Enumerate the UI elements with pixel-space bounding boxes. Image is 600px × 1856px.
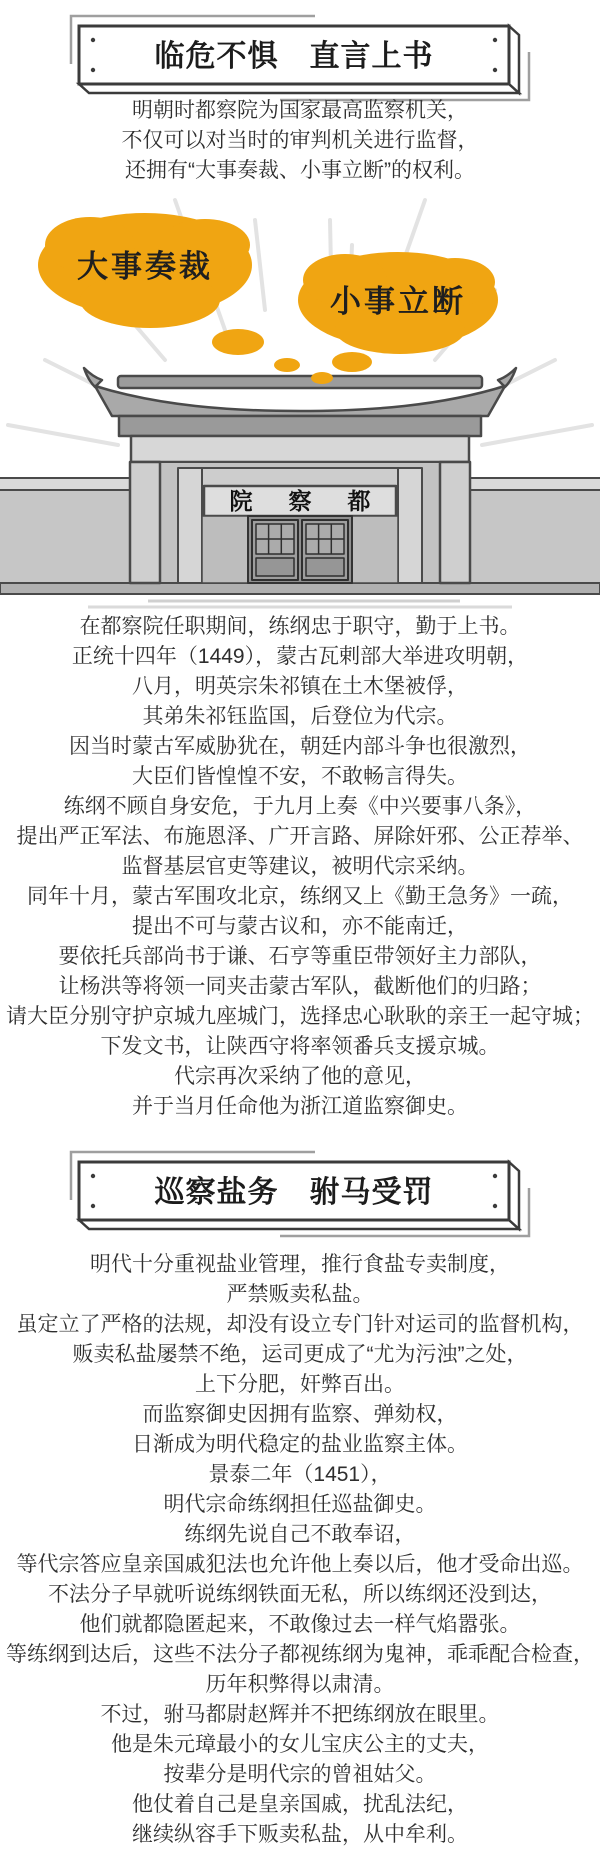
text-line: 练纲不顾自身安危，于九月上奏《中兴要事八条》， [0,792,600,822]
corner-dot [91,38,95,42]
text-line: 继续纵容手下贩卖私盐，从中牟利。 [0,1820,600,1850]
banner-title: 巡察盐务 驸马受罚 [155,1175,434,1209]
bubble-tail-dot [274,358,300,372]
bubble-text-right: 小事立断 [330,284,466,320]
story-paragraph-1: 在都察院任职期间，练纲忠于职守，勤于上书。正统十四年（1449），蒙古瓦剌部大举… [0,612,600,1122]
section-banner-2: 巡察盐务 驸马受罚 [65,1148,535,1240]
banner-frame: 临危不惧 直言上书 [65,12,535,104]
text-line: 贩卖私盐屡禁不绝，运司更成了“尤为污浊”之处， [0,1340,600,1370]
text-line: 明代十分重视盐业管理，推行食盐专卖制度， [0,1250,600,1280]
text-line: 提出不可与蒙古议和，亦不能南迁， [0,912,600,942]
corner-dot [493,1174,497,1178]
text-line: 景泰二年（1451）， [0,1460,600,1490]
corner-dot [493,1204,497,1208]
censorate-illustration: 院 察 都 [0,190,600,610]
corner-dot [91,1174,95,1178]
censorate-building: 院 察 都 [0,368,600,583]
text-line: 还拥有“大事奏裁、小事立断”的权利。 [0,156,600,186]
text-line: 请大臣分别守护京城九座城门，选择忠心耿耿的亲王一起守城； [0,1002,600,1032]
ground [0,583,600,607]
plaque-text: 院 察 都 [229,488,384,515]
text-line: 历年积弊得以肃清。 [0,1670,600,1700]
text-line: 下发文书，让陕西守将率领番兵支援京城。 [0,1032,600,1062]
text-line: 让杨洪等将领一同夹击蒙古军队，截断他们的归路； [0,972,600,1002]
text-line: 并于当月任命他为浙江道监察御史。 [0,1092,600,1122]
text-line: 不法分子早就听说练纲铁面无私，所以练纲还没到达， [0,1580,600,1610]
corner-dot [91,68,95,72]
gate-body: 院 察 都 [130,462,470,583]
text-line: 不过，驸马都尉赵辉并不把练纲放在眼里。 [0,1700,600,1730]
bubble-text-left: 大事奏裁 [77,249,213,285]
door-leaf-left [252,520,298,580]
text-line: 等练纲到达后，这些不法分子都视练纲为鬼神，乖乖配合检查， [0,1640,600,1670]
text-line: 上下分肥，奸弊百出。 [0,1370,600,1400]
text-line: 严禁贩卖私盐。 [0,1280,600,1310]
text-line: 大臣们皆惶惶不安，不敢畅言得失。 [0,762,600,792]
text-line: 按辈分是明代宗的曾祖姑父。 [0,1760,600,1790]
text-line: 提出严正军法、布施恩泽、广开言路、屏除奸邪、公正荐举、 [0,822,600,852]
roof-ridge [118,376,482,388]
roof [84,368,516,462]
text-line: 日渐成为明代稳定的盐业监察主体。 [0,1430,600,1460]
text-line: 八月，明英宗朱祁镇在土木堡被俘， [0,672,600,702]
inner-post-left [178,468,202,583]
text-line: 他是朱元璋最小的女儿宝庆公主的丈夫， [0,1730,600,1760]
text-line: 因当时蒙古军威胁犹在，朝廷内部斗争也很激烈， [0,732,600,762]
text-line: 明朝时都察院为国家最高监察机关， [0,96,600,126]
banner-title: 临危不惧 直言上书 [155,39,434,73]
text-line: 不仅可以对当时的审判机关进行监督， [0,126,600,156]
speech-bubble-right: 小事立断 [298,252,498,384]
text-line: 代宗再次采纳了他的意见， [0,1062,600,1092]
door-leaf-right [302,520,348,580]
text-line: 而监察御史因拥有监察、弹劾权， [0,1400,600,1430]
corner-dot [493,38,497,42]
section-banner-1: 临危不惧 直言上书 [65,12,535,104]
outer-column-right [440,462,470,583]
text-line: 他们就都隐匿起来，不敢像过去一样气焰嚣张。 [0,1610,600,1640]
text-line: 要依托兵部尚书于谦、石亨等重臣带领好主力部队， [0,942,600,972]
text-line: 监督基层官吏等建议，被明代宗采纳。 [0,852,600,882]
speech-bubble-left: 大事奏裁 [38,213,300,372]
text-line: 在都察院任职期间，练纲忠于职守，勤于上书。 [0,612,600,642]
text-line: 虽定立了严格的法规，却没有设立专门针对运司的监督机构， [0,1310,600,1340]
corner-dot [493,68,497,72]
text-line: 练纲先说自己不敢奉诏， [0,1520,600,1550]
page-root: { "colors": { "bubble_yellow": "#F0A512"… [0,0,600,1856]
inner-post-right [398,468,422,583]
text-line: 同年十月，蒙古军围攻北京，练纲又上《勤王急务》一疏， [0,882,600,912]
lintel-beam [131,436,469,462]
intro-paragraph: 明朝时都察院为国家最高监察机关，不仅可以对当时的审判机关进行监督，还拥有“大事奏… [0,96,600,186]
banner-frame: 巡察盐务 驸马受罚 [65,1148,535,1240]
text-line: 等代宗答应皇亲国戚犯法也允许他上奏以后，他才受命出巡。 [0,1550,600,1580]
roof-fascia [119,416,481,436]
bubble-tail-dot [311,372,333,384]
text-line: 明代宗命练纲担任巡盐御史。 [0,1490,600,1520]
outer-column-left [130,462,160,583]
text-line: 其弟朱祁钰监国，后登位为代宗。 [0,702,600,732]
bubble-tail-dot [332,352,372,372]
corner-dot [91,1204,95,1208]
text-line: 他仗着自己是皇亲国戚，扰乱法纪， [0,1790,600,1820]
text-line: 正统十四年（1449），蒙古瓦剌部大举进攻明朝， [0,642,600,672]
story-paragraph-2: 明代十分重视盐业管理，推行食盐专卖制度，严禁贩卖私盐。虽定立了严格的法规，却没有… [0,1250,600,1850]
bubble-tail-dot [212,329,264,355]
